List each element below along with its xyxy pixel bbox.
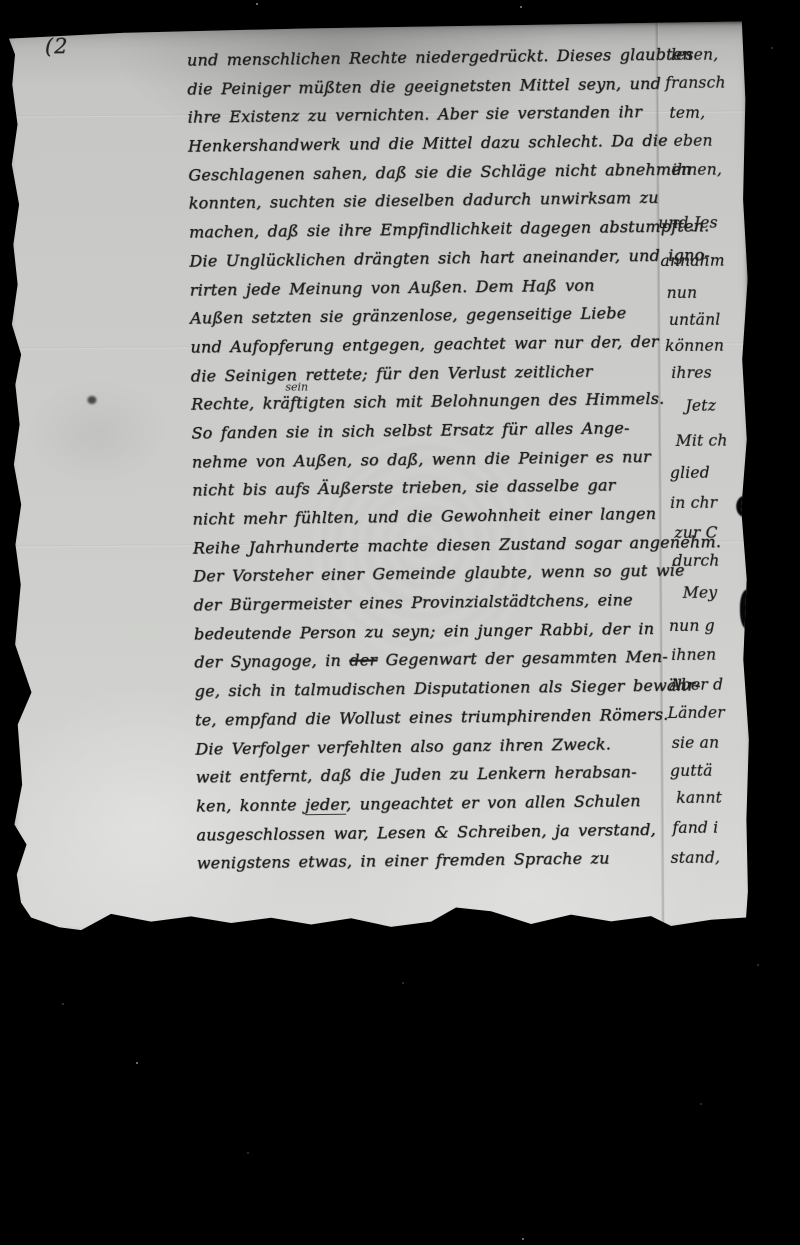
facing-page-fragment: und Jes bbox=[658, 213, 718, 233]
line-text: , ungeachtet er von allen Schulen bbox=[346, 791, 641, 814]
line-text: der Synagoge, in bbox=[194, 651, 349, 672]
interlinear-insertion: sein bbox=[285, 380, 308, 393]
line-text: ken, konnte bbox=[196, 795, 305, 815]
facing-page-fragment: ihnen bbox=[671, 645, 716, 665]
dust-speck bbox=[62, 1003, 64, 1005]
handwritten-text-block: und menschlichen Rechte niedergedrückt. … bbox=[187, 41, 683, 879]
handwritten-line: Die Unglücklichen drängten sich hart ane… bbox=[189, 241, 675, 276]
facing-page-fragment: untänl bbox=[669, 310, 721, 330]
struck-out-word: der bbox=[349, 651, 377, 670]
facing-page-fragment: in chr bbox=[670, 493, 717, 513]
facing-page-fragment: Aber d bbox=[669, 675, 723, 695]
facing-page-fragment: durch bbox=[673, 551, 720, 571]
facing-page-fragment: fransch bbox=[665, 73, 726, 93]
facing-page-fragment: Mey bbox=[683, 583, 718, 603]
facing-page-fragment: stand, bbox=[671, 848, 721, 868]
dust-speck bbox=[256, 3, 258, 5]
dust-speck bbox=[700, 1103, 702, 1105]
facing-page-fragment: Mit ch bbox=[676, 431, 728, 451]
dust-speck bbox=[771, 47, 773, 49]
facing-page-fragment: sie an bbox=[672, 733, 720, 753]
underlined-word: jeder bbox=[305, 795, 346, 815]
facing-page-fragment: können bbox=[665, 336, 724, 356]
facing-page-fragment: kannt bbox=[676, 788, 722, 808]
facing-page-fragment: nun bbox=[667, 283, 698, 303]
handwritten-line: und Aufopferung entgegen, geachtet war n… bbox=[190, 328, 676, 363]
facing-page-fragment: ihres bbox=[671, 363, 712, 383]
manuscript-page: (2 und menschlichen Rechte niedergedrück… bbox=[5, 19, 753, 934]
facing-page-fragment: lesen, bbox=[671, 45, 719, 65]
ink-blot bbox=[736, 495, 754, 517]
dust-speck bbox=[522, 1238, 524, 1240]
ink-spot bbox=[87, 396, 96, 404]
facing-page-fragment: glied bbox=[670, 463, 710, 483]
line-text: Gegenwart der gesammten Men- bbox=[377, 647, 668, 670]
handwritten-line: wenigstens etwas, in einer fremden Sprac… bbox=[197, 844, 683, 879]
facing-page-fragment: guttä bbox=[670, 761, 713, 781]
dust-speck bbox=[757, 964, 759, 966]
facing-page-fragment: zur C bbox=[674, 523, 717, 543]
facing-page-fragment: eben bbox=[674, 131, 713, 151]
facing-page-fragment: nun g bbox=[669, 616, 715, 636]
dust-speck bbox=[136, 1062, 138, 1064]
facing-page-fragment: Jetz bbox=[685, 396, 716, 416]
facing-page-fragment: tem, bbox=[669, 103, 705, 123]
scanned-manuscript-photo: (2 und menschlichen Rechte niedergedrück… bbox=[0, 0, 800, 1245]
dust-speck bbox=[520, 6, 522, 8]
dust-speck bbox=[247, 1152, 249, 1154]
facing-page-fragment: annahm bbox=[660, 251, 724, 271]
page-number: (2 bbox=[45, 34, 69, 58]
facing-page-column: lesen, fransch tem, eben ihnen, und Jes … bbox=[657, 19, 753, 930]
dust-speck bbox=[402, 982, 404, 984]
ink-blot bbox=[740, 589, 756, 629]
facing-page-fragment: fand i bbox=[672, 818, 718, 838]
facing-page-fragment: ihnen, bbox=[672, 160, 722, 180]
facing-page-fragment: Länder bbox=[668, 703, 725, 723]
